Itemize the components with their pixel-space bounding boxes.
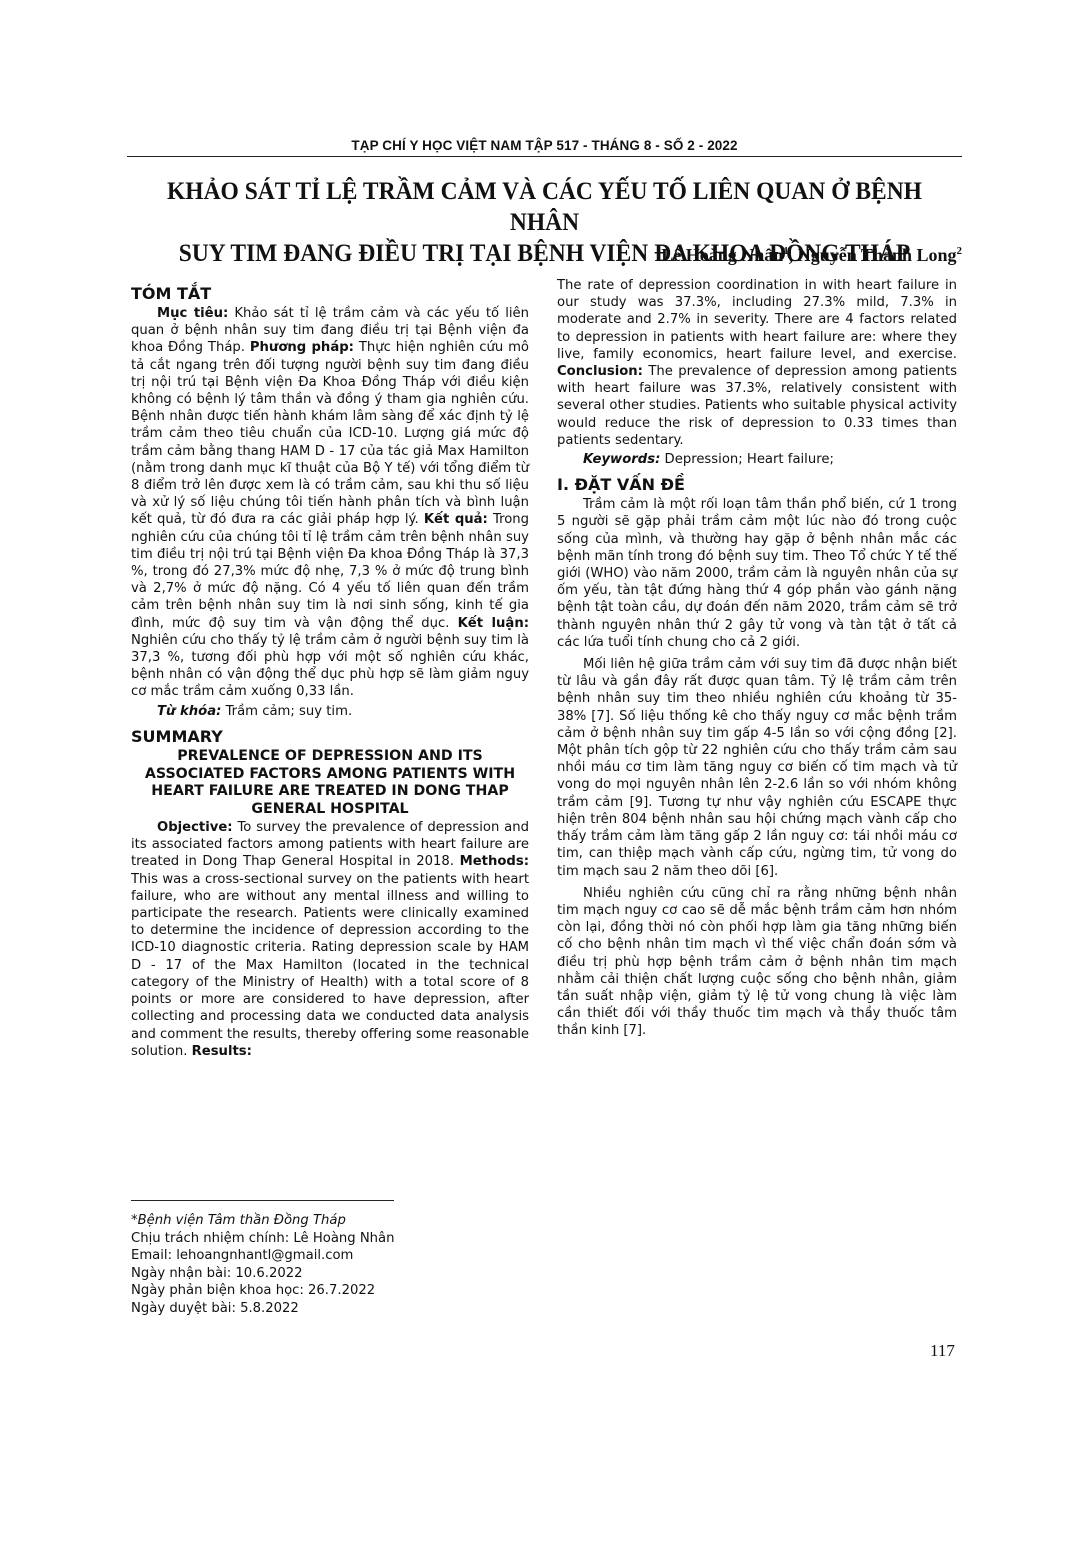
abstract-vi-body: Mục tiêu: Khảo sát tỉ lệ trầm cảm và các… bbox=[131, 305, 529, 701]
author-name: Lê Hoàng Nhân bbox=[661, 245, 783, 265]
footnote-accepted-date: Ngày duyệt bài: 5.8.2022 bbox=[131, 1300, 531, 1318]
keywords-label-vi: Từ khóa: bbox=[157, 704, 221, 719]
objective-label-vi: Mục tiêu: bbox=[157, 306, 228, 321]
keywords-text-vi: Trầm cảm; suy tim. bbox=[221, 704, 352, 719]
results-label-vi: Kết quả: bbox=[424, 512, 488, 527]
footnote: *Bệnh viện Tâm thần Đồng Tháp Chịu trách… bbox=[131, 1212, 531, 1318]
results-text-vi: Trong nghiên cứu của chúng tôi tỉ lệ trầ… bbox=[131, 512, 529, 630]
results-text-en: The rate of depression coordination in w… bbox=[557, 278, 957, 362]
keywords-text-en: Depression; Heart failure; bbox=[660, 452, 834, 467]
keywords-vi: Từ khóa: Trầm cảm; suy tim. bbox=[131, 703, 529, 720]
author-list: Lê Hoàng Nhân1, Nguyễn Thành Long2 bbox=[661, 245, 962, 266]
page-number: 117 bbox=[930, 1341, 955, 1361]
conclusion-label-en: Conclusion: bbox=[557, 364, 643, 379]
author-separator: , bbox=[789, 245, 798, 265]
footnote-email: Email: lehoangnhantl@gmail.com bbox=[131, 1247, 531, 1265]
paper-page: TẠP CHÍ Y HỌC VIỆT NAM TẬP 517 - THÁNG 8… bbox=[0, 0, 1090, 1541]
running-header: TẠP CHÍ Y HỌC VIỆT NAM TẬP 517 - THÁNG 8… bbox=[127, 138, 962, 157]
abstract-en-body-part1: Objective: To survey the prevalence of d… bbox=[131, 819, 529, 1060]
footnote-corresponding-author: Chịu trách nhiệm chính: Lê Hoàng Nhân bbox=[131, 1230, 531, 1248]
results-label-en: Results: bbox=[192, 1044, 252, 1059]
section-paragraph: Nhiều nghiên cứu cũng chỉ ra rằng những … bbox=[557, 885, 957, 1040]
methods-text-vi: Thực hiện nghiên cứu mô tả cắt ngang trê… bbox=[131, 340, 529, 527]
keywords-en: Keywords: Depression; Heart failure; bbox=[557, 451, 957, 468]
english-title: PREVALENCE OF DEPRESSION AND ITS ASSOCIA… bbox=[131, 748, 529, 819]
author-name: Nguyễn Thành Long bbox=[798, 245, 957, 265]
methods-label-en: Methods: bbox=[460, 854, 529, 869]
footnote-review-date: Ngày phản biện khoa học: 26.7.2022 bbox=[131, 1282, 531, 1300]
methods-text-en: This was a cross-sectional survey on the… bbox=[131, 872, 529, 1059]
footnote-affiliation: *Bệnh viện Tâm thần Đồng Tháp bbox=[131, 1213, 346, 1228]
methods-label-vi: Phương pháp: bbox=[250, 340, 354, 355]
left-column: TÓM TẮT Mục tiêu: Khảo sát tỉ lệ trầm cả… bbox=[131, 283, 529, 1060]
section-heading-introduction: I. ĐẶT VẤN ĐỀ bbox=[557, 474, 957, 496]
section-paragraph: Trầm cảm là một rối loạn tâm thần phổ bi… bbox=[557, 496, 957, 651]
footnote-received-date: Ngày nhận bài: 10.6.2022 bbox=[131, 1265, 531, 1283]
footnote-divider bbox=[131, 1200, 394, 1201]
abstract-vi-heading: TÓM TẮT bbox=[131, 283, 529, 305]
article-title-line-1: KHẢO SÁT TỈ LỆ TRẦM CẢM VÀ CÁC YẾU TỐ LI… bbox=[152, 176, 937, 238]
conclusion-label-vi: Kết luận: bbox=[458, 616, 529, 631]
conclusion-text-vi: Nghiên cứu cho thấy tỷ lệ trầm cảm ở ngư… bbox=[131, 633, 529, 700]
objective-label-en: Objective: bbox=[157, 820, 233, 835]
right-column: The rate of depression coordination in w… bbox=[557, 277, 957, 1040]
abstract-en-body-part2: The rate of depression coordination in w… bbox=[557, 277, 957, 449]
section-paragraph: Mối liên hệ giữa trầm cảm với suy tim đã… bbox=[557, 656, 957, 880]
keywords-label-en: Keywords: bbox=[583, 452, 660, 467]
abstract-en-heading: SUMMARY bbox=[131, 726, 529, 748]
author-affiliation-mark: 2 bbox=[957, 245, 963, 257]
